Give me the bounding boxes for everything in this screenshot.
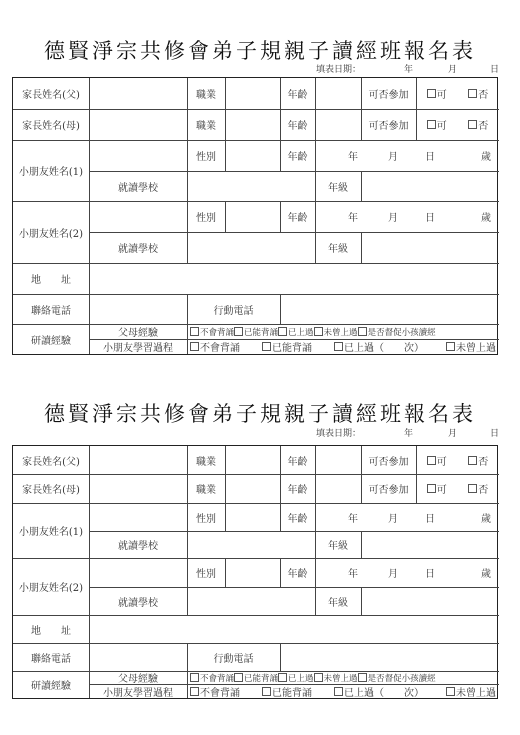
registration-table: 家長姓名(父)職業年齡可否參加 可 否家長姓名(母)職業年齡可否參加 可 否小朋…: [12, 445, 498, 699]
child2-school-input[interactable]: [187, 587, 315, 615]
year-unit: 年: [348, 565, 358, 580]
child1-birthdate-input[interactable]: 年 月 日 歲: [315, 503, 499, 531]
label-child1-age: 年齡: [280, 140, 315, 171]
child1-grade-input[interactable]: [361, 171, 499, 201]
checkbox-icon[interactable]: [446, 342, 455, 351]
label-child1-age: 年齡: [280, 503, 315, 531]
label-child2-school: 就讀學校: [89, 587, 187, 615]
label-child1-name: 小朋友姓名(1): [13, 503, 89, 558]
checkbox-icon[interactable]: [262, 342, 271, 351]
checkbox-icon[interactable]: [314, 673, 323, 682]
label-child2-age: 年齡: [280, 558, 315, 587]
parent-option[interactable]: 已上過: [278, 326, 314, 338]
child2-grade-input[interactable]: [361, 232, 499, 263]
phone-input[interactable]: [89, 294, 187, 324]
option-label: 已能背誦: [244, 326, 278, 338]
no-label: 否: [478, 117, 488, 132]
label-address: 地 址: [13, 263, 89, 294]
parent-option[interactable]: 已能背誦: [234, 672, 278, 684]
checkbox-icon[interactable]: [427, 456, 436, 465]
fill-date-day: 日: [490, 426, 499, 439]
child-option[interactable]: 已能背誦: [262, 339, 312, 354]
checkbox-icon[interactable]: [446, 687, 455, 696]
label-study-experience: 研讀經驗: [13, 324, 89, 354]
parent-experience-options: 不會背誦已能背誦已上過未曾上過是否督促小孩讀經: [190, 324, 496, 339]
yes-label: 可: [437, 86, 447, 101]
yes-label: 可: [437, 481, 447, 496]
parent-option[interactable]: 已能背誦: [234, 326, 278, 338]
form-title: 德賢淨宗共修會弟子規親子讀經班報名表: [0, 35, 520, 65]
no-label: 否: [478, 481, 488, 496]
label-mobile: 行動電話: [187, 294, 280, 324]
child-option[interactable]: 不會背誦: [190, 339, 240, 354]
option-label: 已能背誦: [272, 684, 312, 699]
label-child2-grade: 年級: [315, 587, 361, 615]
label-father-participate: 可否參加: [361, 446, 416, 474]
label-father-participate: 可否參加: [361, 78, 416, 109]
mother-name-input[interactable]: [89, 109, 187, 140]
address-input[interactable]: [89, 615, 499, 643]
option-label: 不會背誦: [200, 326, 234, 338]
checkbox-icon[interactable]: [190, 673, 199, 682]
option-label: 已能背誦: [272, 339, 312, 354]
father-age-input[interactable]: [315, 78, 361, 109]
child-option[interactable]: 已能背誦: [262, 684, 312, 699]
option-label: 未曾上過: [324, 326, 358, 338]
mother-no-option[interactable]: 否: [468, 481, 488, 496]
mother-name-input[interactable]: [89, 474, 187, 503]
father-no-option[interactable]: 否: [468, 86, 488, 101]
option-label: 已上過（ 次）: [344, 684, 424, 699]
label-mother-participate: 可否參加: [361, 474, 416, 503]
father-name-input[interactable]: [89, 446, 187, 474]
child2-school-input[interactable]: [187, 232, 315, 263]
label-child1-name: 小朋友姓名(1): [13, 140, 89, 201]
year-unit: 年: [348, 209, 358, 224]
label-child2-gender: 性別: [187, 558, 225, 587]
checkbox-icon[interactable]: [468, 120, 477, 129]
child-option[interactable]: 未曾上過: [446, 339, 496, 354]
child2-gender-input[interactable]: [225, 201, 280, 232]
fill-date-month: 月: [448, 62, 457, 75]
day-unit: 日: [425, 209, 435, 224]
father-yes-option[interactable]: 可: [427, 86, 447, 101]
label-child1-grade: 年級: [315, 171, 361, 201]
checkbox-icon[interactable]: [314, 327, 323, 336]
fill-date-month: 月: [448, 426, 457, 439]
option-label: 已上過: [288, 326, 314, 338]
mobile-input[interactable]: [280, 294, 499, 324]
father-no-option[interactable]: 否: [468, 453, 488, 468]
option-label: 不會背誦: [200, 684, 240, 699]
year-unit: 年: [348, 510, 358, 525]
checkbox-icon[interactable]: [468, 484, 477, 493]
mobile-input[interactable]: [280, 643, 499, 671]
label-father-name: 家長姓名(父): [13, 446, 89, 474]
label-child-learning: 小朋友學習過程: [89, 684, 187, 698]
day-unit: 日: [425, 148, 435, 163]
yes-label: 可: [437, 117, 447, 132]
child1-gender-input[interactable]: [225, 140, 280, 171]
parent-experience-options: 不會背誦已能背誦已上過未曾上過是否督促小孩讀經: [190, 671, 496, 684]
child-learning-options: 不會背誦已能背誦已上過（ 次）未曾上過: [190, 684, 496, 698]
label-parent-experience: 父母經驗: [89, 671, 187, 684]
year-unit: 年: [348, 148, 358, 163]
month-unit: 月: [388, 510, 398, 525]
label-mother-age: 年齡: [280, 474, 315, 503]
option-label: 未曾上過: [324, 672, 358, 684]
label-child2-school: 就讀學校: [89, 232, 187, 263]
checkbox-icon[interactable]: [358, 673, 367, 682]
label-child1-school: 就讀學校: [89, 531, 187, 558]
years-old-unit: 歲: [481, 148, 491, 163]
label-child1-school: 就讀學校: [89, 171, 187, 201]
checkbox-icon[interactable]: [234, 327, 243, 336]
checkbox-icon[interactable]: [262, 687, 271, 696]
child1-name-input[interactable]: [89, 503, 187, 531]
option-label: 未曾上過: [456, 684, 496, 699]
father-yes-option[interactable]: 可: [427, 453, 447, 468]
child1-gender-input[interactable]: [225, 503, 280, 531]
years-old-unit: 歲: [481, 209, 491, 224]
checkbox-icon[interactable]: [358, 327, 367, 336]
years-old-unit: 歲: [481, 510, 491, 525]
child-option[interactable]: 未曾上過: [446, 684, 496, 699]
option-label: 是否督促小孩讀經: [368, 326, 436, 338]
fill-date-label: 填表日期：: [316, 62, 361, 75]
option-label: 已能背誦: [244, 672, 278, 684]
divider: [187, 671, 188, 698]
checkbox-icon[interactable]: [334, 687, 343, 696]
label-child2-grade: 年級: [315, 232, 361, 263]
parent-option[interactable]: 是否督促小孩讀經: [358, 326, 436, 338]
father-occupation-input[interactable]: [225, 78, 280, 109]
fill-date-label: 填表日期：: [316, 426, 361, 439]
father-name-input[interactable]: [89, 78, 187, 109]
father-occupation-input[interactable]: [225, 446, 280, 474]
yes-label: 可: [437, 453, 447, 468]
parent-option[interactable]: 不會背誦: [190, 672, 234, 684]
label-child1-gender: 性別: [187, 140, 225, 171]
checkbox-icon[interactable]: [427, 89, 436, 98]
fill-date-day: 日: [490, 62, 499, 75]
child2-birthdate-input[interactable]: 年 月 日 歲: [315, 201, 499, 232]
child-option[interactable]: 已上過（ 次）: [334, 339, 424, 354]
label-address: 地 址: [13, 615, 89, 643]
label-child1-gender: 性別: [187, 503, 225, 531]
mother-age-input[interactable]: [315, 474, 361, 503]
label-father-name: 家長姓名(父): [13, 78, 89, 109]
parent-option[interactable]: 未曾上過: [314, 326, 358, 338]
label-parent-experience: 父母經驗: [89, 324, 187, 339]
label-mother-occupation: 職業: [187, 474, 225, 503]
child1-name-input[interactable]: [89, 140, 187, 171]
option-label: 未曾上過: [456, 339, 496, 354]
years-old-unit: 歲: [481, 565, 491, 580]
month-unit: 月: [388, 209, 398, 224]
mother-participate-options: 可 否: [416, 109, 499, 140]
mother-age-input[interactable]: [315, 109, 361, 140]
mother-yes-option[interactable]: 可: [427, 117, 447, 132]
month-unit: 月: [388, 565, 398, 580]
form-title: 德賢淨宗共修會弟子規親子讀經班報名表: [0, 398, 520, 428]
mother-yes-option[interactable]: 可: [427, 481, 447, 496]
month-unit: 月: [388, 148, 398, 163]
child2-birthdate-input[interactable]: 年 月 日 歲: [315, 558, 499, 587]
child2-gender-input[interactable]: [225, 558, 280, 587]
checkbox-icon[interactable]: [234, 673, 243, 682]
child1-birthdate-input[interactable]: 年 月 日 歲: [315, 140, 499, 171]
child2-name-input[interactable]: [89, 201, 187, 232]
child1-school-input[interactable]: [187, 171, 315, 201]
registration-table: 家長姓名(父)職業年齡可否參加 可 否家長姓名(母)職業年齡可否參加 可 否小朋…: [12, 77, 498, 355]
label-child2-name: 小朋友姓名(2): [13, 201, 89, 263]
label-phone: 聯絡電話: [13, 294, 89, 324]
parent-option[interactable]: 已上過: [278, 672, 314, 684]
option-label: 已上過: [288, 672, 314, 684]
mother-no-option[interactable]: 否: [468, 117, 488, 132]
label-child1-grade: 年級: [315, 531, 361, 558]
label-father-occupation: 職業: [187, 78, 225, 109]
label-mother-name: 家長姓名(母): [13, 109, 89, 140]
mother-occupation-input[interactable]: [225, 474, 280, 503]
checkbox-icon[interactable]: [468, 456, 477, 465]
address-input[interactable]: [89, 263, 499, 294]
father-participate-options: 可 否: [416, 78, 499, 109]
checkbox-icon[interactable]: [468, 89, 477, 98]
child2-name-input[interactable]: [89, 558, 187, 587]
child-option[interactable]: 不會背誦: [190, 684, 240, 699]
label-mother-age: 年齡: [280, 109, 315, 140]
checkbox-icon[interactable]: [427, 484, 436, 493]
father-participate-options: 可 否: [416, 446, 499, 474]
divider: [187, 324, 188, 354]
label-phone: 聯絡電話: [13, 643, 89, 671]
fill-date-year: 年: [404, 426, 413, 439]
option-label: 是否督促小孩讀經: [368, 672, 436, 684]
child-option[interactable]: 已上過（ 次）: [334, 684, 424, 699]
child2-grade-input[interactable]: [361, 587, 499, 615]
label-mother-name: 家長姓名(母): [13, 474, 89, 503]
mother-occupation-input[interactable]: [225, 109, 280, 140]
label-mother-participate: 可否參加: [361, 109, 416, 140]
fill-date-year: 年: [404, 62, 413, 75]
child-learning-options: 不會背誦已能背誦已上過（ 次）未曾上過: [190, 339, 496, 354]
checkbox-icon[interactable]: [190, 687, 199, 696]
father-age-input[interactable]: [315, 446, 361, 474]
parent-option[interactable]: 是否督促小孩讀經: [358, 672, 436, 684]
label-child2-gender: 性別: [187, 201, 225, 232]
checkbox-icon[interactable]: [278, 673, 287, 682]
label-father-age: 年齡: [280, 78, 315, 109]
day-unit: 日: [425, 510, 435, 525]
label-child2-age: 年齡: [280, 201, 315, 232]
option-label: 不會背誦: [200, 672, 234, 684]
day-unit: 日: [425, 565, 435, 580]
parent-option[interactable]: 未曾上過: [314, 672, 358, 684]
checkbox-icon[interactable]: [190, 342, 199, 351]
label-mobile: 行動電話: [187, 643, 280, 671]
label-study-experience: 研讀經驗: [13, 671, 89, 698]
label-child2-name: 小朋友姓名(2): [13, 558, 89, 615]
child1-school-input[interactable]: [187, 531, 315, 558]
no-label: 否: [478, 453, 488, 468]
option-label: 已上過（ 次）: [344, 339, 424, 354]
checkbox-icon[interactable]: [427, 120, 436, 129]
no-label: 否: [478, 86, 488, 101]
checkbox-icon[interactable]: [334, 342, 343, 351]
label-father-occupation: 職業: [187, 446, 225, 474]
mother-participate-options: 可 否: [416, 474, 499, 503]
child1-grade-input[interactable]: [361, 531, 499, 558]
checkbox-icon[interactable]: [190, 327, 199, 336]
label-mother-occupation: 職業: [187, 109, 225, 140]
label-child-learning: 小朋友學習過程: [89, 339, 187, 354]
parent-option[interactable]: 不會背誦: [190, 326, 234, 338]
option-label: 不會背誦: [200, 339, 240, 354]
label-father-age: 年齡: [280, 446, 315, 474]
checkbox-icon[interactable]: [278, 327, 287, 336]
phone-input[interactable]: [89, 643, 187, 671]
